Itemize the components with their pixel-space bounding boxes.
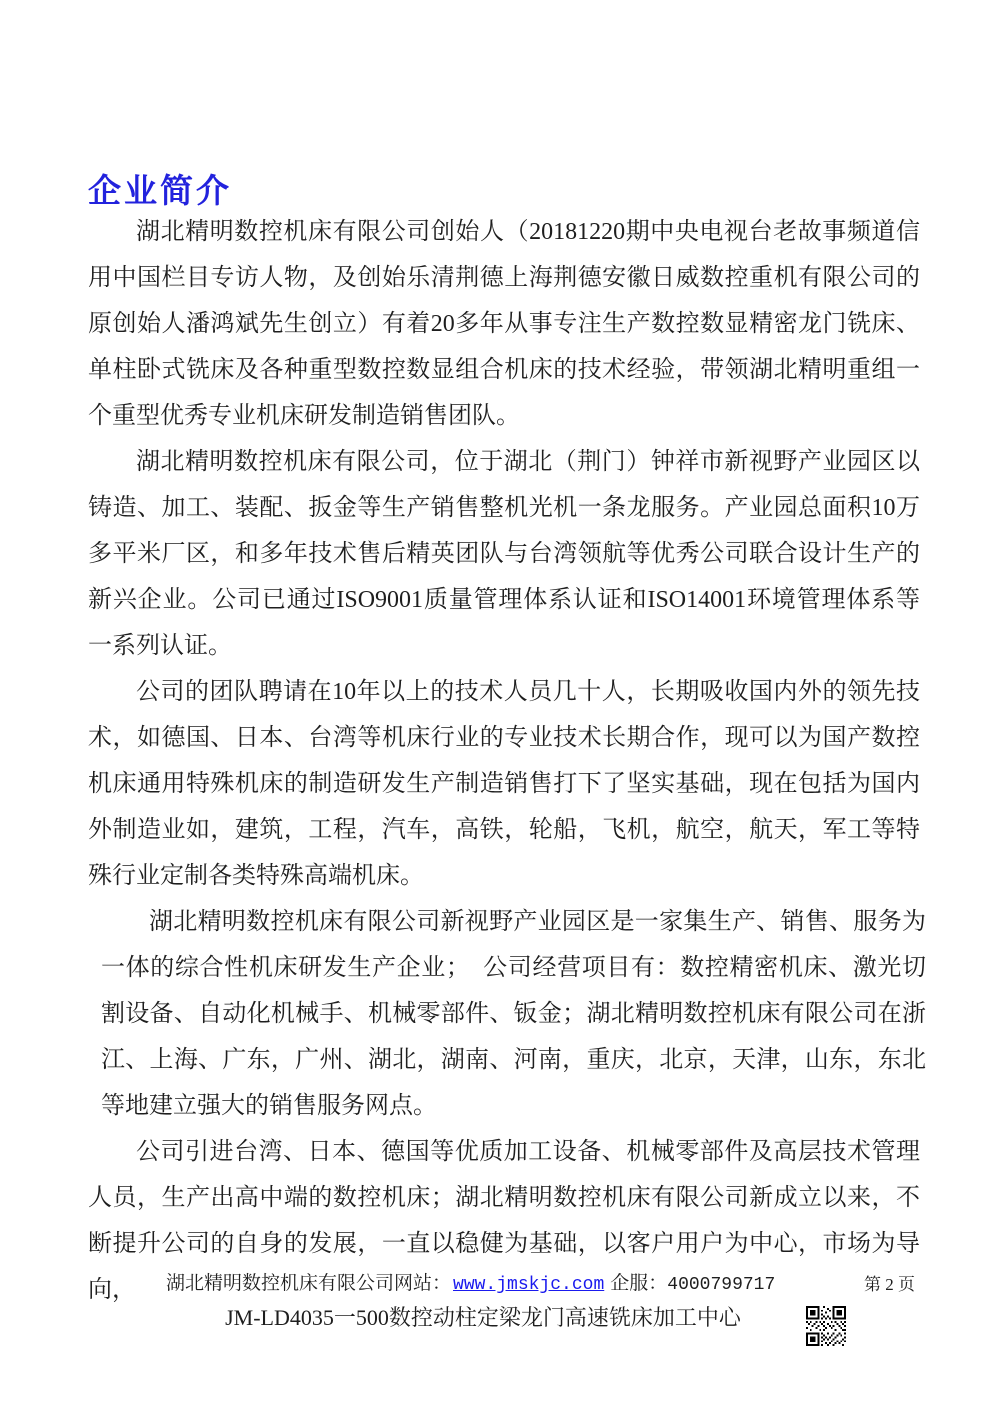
footer-contact-line: 湖北精明数控机床有限公司网站：www.jmskjc.com企服：40007997… [166, 1271, 775, 1298]
paragraph-team-industries: 公司的团队聘请在10年以上的技术人员几十人，长期吸收国内外的领先技术，如德国、日… [88, 669, 920, 899]
paragraph-location-certs: 湖北精明数控机床有限公司，位于湖北（荆门）钟祥市新视野产业园区以铸造、加工、装配… [88, 439, 920, 669]
paragraph-business-scope: 湖北精明数控机床有限公司新视野产业园区是一家集生产、销售、服务为一体的综合性机床… [101, 899, 926, 1129]
website-label: 湖北精明数控机床有限公司网站： [166, 1273, 451, 1294]
service-label: 企服： [610, 1273, 667, 1294]
website-link[interactable]: www.jmskjc.com [453, 1275, 604, 1295]
page-title: 企业简介 [88, 172, 232, 212]
service-phone: 4000799717 [667, 1275, 775, 1295]
qr-code-icon [806, 1306, 846, 1346]
paragraph-founder-intro: 湖北精明数控机床有限公司创始人（20181220期中央电视台老故事频道信用中国栏… [88, 209, 920, 439]
page-number: 第 2 页 [864, 1274, 915, 1296]
document-page: 企业简介 湖北精明数控机床有限公司创始人（20181220期中央电视台老故事频道… [0, 0, 1000, 1417]
document-body: 湖北精明数控机床有限公司创始人（20181220期中央电视台老故事频道信用中国栏… [88, 209, 920, 1313]
